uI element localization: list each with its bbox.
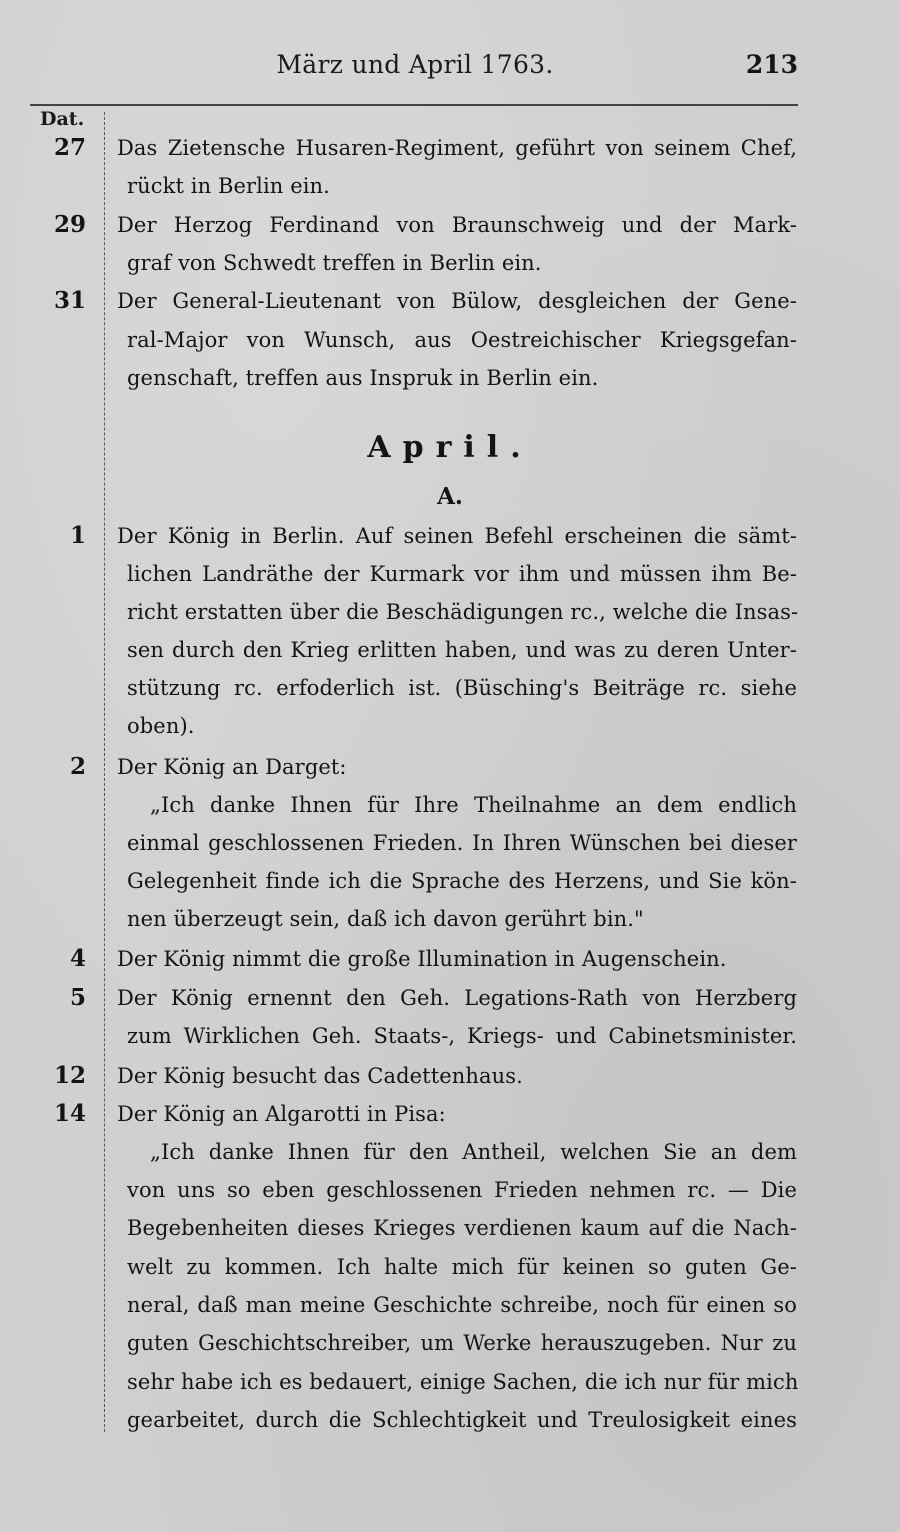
entry-line: 31 Der General-Lieutenant von Bülow, des… (0, 282, 900, 320)
entry-text: genschaft, treffen aus Inspruk in Berlin… (127, 359, 797, 397)
entry-line: 29 Der Herzog Ferdinand von Braunschweig… (0, 206, 900, 244)
quote-line: neral, daß man meine Geschichte schreibe… (0, 1286, 900, 1324)
quote-text: guten Geschichtschreiber, um Werke herau… (127, 1324, 797, 1362)
entry-text: Der König an Darget: (117, 748, 797, 786)
entry-line: oben). (0, 707, 900, 745)
quote-line: Begebenheiten dieses Krieges verdienen k… (0, 1209, 900, 1247)
entry-text: Das Zietensche Husaren-Regiment, geführt… (117, 129, 797, 167)
quote-line: sehr habe ich es bedauert, einige Sachen… (0, 1363, 900, 1401)
entry-line: genschaft, treffen aus Inspruk in Berlin… (0, 359, 900, 397)
entry-line: stützung rc. erfoderlich ist. (Büsching'… (0, 669, 900, 707)
page-number: 213 (746, 50, 798, 79)
quote-text: Gelegenheit finde ich die Sprache des He… (127, 862, 797, 900)
quote-line: „Ich danke Ihnen für Ihre Theilnahme an … (0, 786, 900, 824)
entry-text: Der König in Berlin. Auf seinen Befehl e… (117, 517, 797, 555)
entry-date: 31 (30, 282, 86, 320)
entry-line: graf von Schwedt treffen in Berlin ein. (0, 244, 900, 282)
quote-line: Gelegenheit finde ich die Sprache des He… (0, 862, 900, 900)
book-page: März und April 1763. 213 Dat. 27 Das Zie… (0, 0, 900, 1532)
entry-line: sen durch den Krieg erlitten haben, und … (0, 631, 900, 669)
quote-line: einmal geschlossenen Frieden. In Ihren W… (0, 824, 900, 862)
entry-text: richt erstatten über die Beschädigungen … (127, 593, 797, 631)
entry-line: 2 Der König an Darget: (0, 748, 900, 786)
entry-text: Der Herzog Ferdinand von Braunschweig un… (117, 206, 797, 244)
entry-line: 12 Der König besucht das Cadettenhaus. (0, 1057, 900, 1095)
section-heading: A. (0, 483, 900, 510)
running-title: März und April 1763. (0, 50, 830, 79)
entry-line: 27 Das Zietensche Husaren-Regiment, gefü… (0, 129, 900, 167)
entry-date: 12 (30, 1057, 86, 1095)
entry-date: 1 (30, 517, 86, 555)
entry-text: stützung rc. erfoderlich ist. (Büsching'… (127, 669, 797, 707)
quote-line: nen überzeugt sein, daß ich davon gerühr… (0, 900, 900, 938)
quote-text: Begebenheiten dieses Krieges verdienen k… (127, 1209, 797, 1247)
entry-text: rückt in Berlin ein. (127, 167, 797, 205)
entry-text: ral-Major von Wunsch, aus Oestreichische… (127, 321, 797, 359)
quote-text: neral, daß man meine Geschichte schreibe… (127, 1286, 797, 1324)
entry-line: rückt in Berlin ein. (0, 167, 900, 205)
entry-text: oben). (127, 707, 797, 745)
entry-date: 14 (30, 1095, 86, 1133)
date-column-label: Dat. (40, 108, 84, 130)
quote-text: „Ich danke Ihnen für den Antheil, welche… (150, 1133, 797, 1171)
entry-text: Der König nimmt die große Illumination i… (117, 940, 797, 978)
quote-line: „Ich danke Ihnen für den Antheil, welche… (0, 1133, 900, 1171)
quote-text: welt zu kommen. Ich halte mich für keine… (127, 1248, 797, 1286)
entry-text: sen durch den Krieg erlitten haben, und … (127, 631, 797, 669)
month-heading: April. (0, 430, 900, 465)
entry-date: 2 (30, 748, 86, 786)
entry-text: Der König besucht das Cadettenhaus. (117, 1057, 797, 1095)
entry-text: graf von Schwedt treffen in Berlin ein. (127, 244, 797, 282)
entry-text: Der General-Lieutenant von Bülow, desgle… (117, 282, 797, 320)
entry-text: zum Wirklichen Geh. Staats-, Kriegs- und… (127, 1017, 797, 1055)
entry-date: 5 (30, 979, 86, 1017)
quote-line: guten Geschichtschreiber, um Werke herau… (0, 1324, 900, 1362)
quote-text: nen überzeugt sein, daß ich davon gerühr… (127, 900, 797, 938)
quote-line: welt zu kommen. Ich halte mich für keine… (0, 1248, 900, 1286)
entry-line: 1 Der König in Berlin. Auf seinen Befehl… (0, 517, 900, 555)
entry-line: lichen Landräthe der Kurmark vor ihm und… (0, 555, 900, 593)
entry-line: 4 Der König nimmt die große Illumination… (0, 940, 900, 978)
entry-line: richt erstatten über die Beschädigungen … (0, 593, 900, 631)
entry-text: lichen Landräthe der Kurmark vor ihm und… (127, 555, 797, 593)
entry-date: 29 (30, 206, 86, 244)
header-rule (30, 104, 798, 106)
entry-line: 5 Der König ernennt den Geh. Legations-R… (0, 979, 900, 1017)
quote-line: gearbeitet, durch die Schlechtigkeit und… (0, 1401, 900, 1439)
quote-text: „Ich danke Ihnen für Ihre Theilnahme an … (150, 786, 797, 824)
entry-text: Der König an Algarotti in Pisa: (117, 1095, 797, 1133)
entry-date: 4 (30, 940, 86, 978)
entry-text: Der König ernennt den Geh. Legations-Rat… (117, 979, 797, 1017)
running-head: März und April 1763. 213 (0, 46, 900, 86)
quote-text: gearbeitet, durch die Schlechtigkeit und… (127, 1401, 797, 1439)
entry-line: 14 Der König an Algarotti in Pisa: (0, 1095, 900, 1133)
quote-text: von uns so eben geschlossenen Frieden ne… (127, 1171, 797, 1209)
quote-line: von uns so eben geschlossenen Frieden ne… (0, 1171, 900, 1209)
entry-date: 27 (30, 129, 86, 167)
entry-line: zum Wirklichen Geh. Staats-, Kriegs- und… (0, 1017, 900, 1055)
quote-text: sehr habe ich es bedauert, einige Sachen… (127, 1363, 797, 1401)
entry-line: ral-Major von Wunsch, aus Oestreichische… (0, 321, 900, 359)
quote-text: einmal geschlossenen Frieden. In Ihren W… (127, 824, 797, 862)
